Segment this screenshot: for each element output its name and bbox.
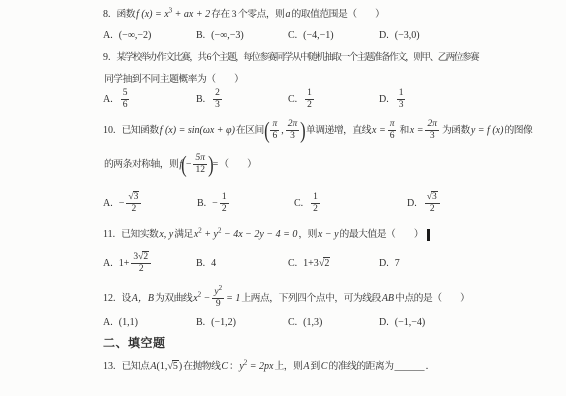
square-root: √2 [138, 251, 149, 262]
q12-eq-part: − [201, 293, 210, 304]
q11-option-d: D.7 [379, 250, 400, 278]
q11-eq-part: + y [202, 229, 218, 240]
q13-var-c2: C [321, 361, 328, 372]
option-value: (−1,2) [211, 317, 236, 328]
fraction: 56 [121, 88, 130, 111]
radicand: 3 [431, 191, 438, 202]
fraction: 23 [213, 88, 222, 111]
option-label: A. [103, 258, 113, 269]
option-label: D. [379, 30, 389, 41]
fraction-numerator: y2 [212, 287, 224, 299]
q13-var-a2: A [303, 361, 309, 372]
fraction-numerator: 1 [220, 192, 229, 204]
q13-parabola-eq: y2 = 2px [239, 361, 273, 372]
fraction: 5π12 [193, 153, 207, 176]
fraction: √32 [126, 192, 141, 215]
fraction-denominator: 2 [305, 100, 314, 111]
fraction-denominator: 3 [286, 131, 300, 142]
q10-text-3: 单调递增，直线 [306, 125, 371, 136]
q8-option-a: A.(−∞,−2) [103, 28, 151, 43]
fraction-numerator: 5 [121, 88, 130, 100]
option-label: A. [103, 94, 113, 105]
fraction-denominator: 6 [388, 131, 397, 142]
radicand: 2 [142, 251, 149, 262]
option-label: B. [196, 94, 205, 105]
fraction: 12 [220, 192, 229, 215]
q10-option-a: A.−√32 [103, 190, 143, 218]
q11-text-2: 满足 [174, 229, 193, 240]
option-label: C. [288, 317, 297, 328]
q9-option-c: C.12 [288, 87, 316, 113]
q12-option-a: A.(1,1) [103, 315, 138, 330]
q11-text-4: 的最大值是（ ） [340, 229, 424, 240]
q11-option-c: C.1+3√2 [288, 250, 330, 278]
q9-text-line2: 同学抽到不同主题概率为（ ） [104, 74, 243, 85]
q10-text-6: 的图像 [504, 125, 532, 136]
q8-stem: 8.函数f (x) = x3 + ax + 2存在 3 个零点，则a的取值范围是… [103, 7, 385, 22]
q10-text-4: 和 [399, 125, 408, 136]
fraction-numerator: 5π [193, 153, 207, 165]
fraction-numerator: 2 [213, 88, 222, 100]
q11-stem: 11.已知实数x, y满足x2 + y2 − 4x − 2y − 4 = 0，则… [103, 227, 430, 242]
square-root: √5 [167, 360, 179, 372]
fraction-denominator: 9 [212, 299, 224, 310]
option-label: A. [103, 317, 113, 328]
q10-option-c: C.12 [294, 190, 322, 218]
q11-option-a: A.1+3√22 [103, 250, 153, 278]
fraction-denominator: 2 [131, 264, 151, 275]
q12-option-c: C.(1,3) [288, 315, 322, 330]
square-root: √3 [128, 191, 139, 202]
q8-number: 8. [103, 9, 111, 20]
option-label: D. [379, 94, 389, 105]
option-label: A. [103, 198, 113, 209]
q11-option-b: B.4 [196, 250, 216, 278]
q10-text-2: 在区间 [236, 125, 264, 136]
q12-option-d: D.(−1,−4) [379, 315, 425, 330]
fraction-numerator: 2π [425, 119, 439, 131]
q11-text-3: ，则 [298, 229, 317, 240]
option-label: D. [379, 317, 389, 328]
exam-paper-page: 8.函数f (x) = x3 + ax + 2存在 3 个零点，则a的取值范围是… [0, 0, 566, 396]
fraction-numerator: √3 [126, 192, 141, 204]
fraction-numerator: 1 [311, 192, 320, 204]
q12-text-3: 上两点，下列四个点中，可为线段 [241, 293, 380, 304]
q11-vars: x, y [159, 229, 173, 240]
minus-sign: − [212, 198, 218, 209]
option-label: D. [407, 198, 417, 209]
q8-option-b: B.(−∞,−3) [196, 28, 244, 43]
fraction-denominator: 2 [425, 204, 440, 215]
q13-text-4: 到 [310, 361, 319, 372]
q12-points-ab: A，B [132, 293, 154, 304]
minus-sign: − [119, 198, 125, 209]
option-label: D. [379, 258, 389, 269]
q12-option-b: B.(−1,2) [196, 315, 236, 330]
q13-text-2: 在抛物线 [183, 361, 220, 372]
fraction: √32 [425, 192, 440, 215]
q12-eq-rhs: = 1 [226, 293, 240, 304]
option-value: (−1,−4) [395, 317, 425, 328]
fraction-denominator: 2 [311, 204, 320, 215]
fraction-denominator: 3 [213, 100, 222, 111]
q12-equation: x2 − [193, 293, 210, 304]
section2-title: 二、填空题 [103, 336, 166, 350]
square-root: √3 [427, 191, 438, 202]
q10-text-5: 为函数 [442, 125, 470, 136]
q13-var-c: C [221, 361, 228, 372]
q13-stem: 13.已知点A(1,√5)在抛物线C：y2 = 2px上，则A到C的准线的距离为… [103, 357, 436, 377]
fraction-denominator: 3 [425, 131, 439, 142]
minus-sign: − [186, 159, 192, 170]
radicand: 2 [323, 257, 330, 269]
q13-text-5: 的准线的距离为 [328, 361, 393, 372]
fraction-numerator: 3√2 [131, 252, 151, 264]
fraction: π6 [270, 119, 279, 142]
q13-point-a: A(1,√5) [150, 360, 182, 372]
option-value: (−∞,−2) [119, 30, 152, 41]
fraction: 3√22 [131, 252, 151, 275]
option-label: C. [288, 94, 297, 105]
section2-header: 二、填空题 [103, 336, 166, 351]
q8-text-2: 存在 3 个零点，则 [211, 9, 284, 20]
radicand: 3 [133, 191, 140, 202]
fraction-denominator: 6 [121, 100, 130, 111]
fraction-numerator: 2π [286, 119, 300, 131]
q9-option-a: A.56 [103, 87, 131, 113]
q9-stem-line2: 同学抽到不同主题概率为（ ） [103, 72, 244, 87]
q10-formula-fx: f (x) = sin(ωx + φ) [160, 125, 235, 136]
q9-number: 9. [103, 52, 111, 63]
q10-formula-x1: x = [372, 125, 386, 136]
q13-eq-part: = 2px [247, 361, 273, 372]
q9-text-line1: 某学校举办作文比赛，共 6 个主题，每位参赛同学从中随机抽取一个主题准备作文，则… [117, 53, 479, 63]
q10-option-b: B.−12 [197, 190, 231, 218]
fraction-numerator: 1 [397, 88, 406, 100]
q11-eq-part: − 4x − 2y − 4 = 0 [221, 229, 297, 240]
q12-text-4: 中点的是（ ） [395, 293, 469, 304]
q8-formula-part: + ax + 2 [172, 9, 210, 20]
q10-stem-line2: 的两条对称轴，则f(−5π12)=（ ） [103, 149, 257, 181]
fraction-denominator: 6 [270, 131, 279, 142]
q11-number: 11. [103, 229, 115, 240]
fraction-denominator: 2 [126, 204, 141, 215]
q13-number: 13. [103, 361, 116, 372]
option-value: (1,1) [119, 317, 138, 328]
q8-option-d: D.(−3,0) [379, 28, 420, 43]
option-label: C. [288, 258, 297, 269]
q12-text-1: 设 [122, 293, 131, 304]
option-label: A. [103, 30, 113, 41]
q10-text-1: 已知函数 [122, 125, 159, 136]
option-label: B. [196, 317, 205, 328]
option-value: (−3,0) [395, 30, 420, 41]
option-label: B. [196, 258, 205, 269]
q11-xy: x − y [318, 229, 339, 240]
option-label: C. [288, 30, 297, 41]
q13-period: ． [426, 361, 435, 372]
option-value: (−4,−1) [303, 30, 333, 41]
fraction-denominator: 12 [193, 165, 207, 176]
q9-stem-line1: 9.某学校举办作文比赛，共 6 个主题，每位参赛同学从中随机抽取一个主题准备作文… [103, 50, 479, 66]
fraction: 12 [311, 192, 320, 215]
q10-answer-blank: （ ） [219, 159, 256, 170]
q13-text-1: 已知点 [122, 361, 150, 372]
option-label: B. [197, 198, 206, 209]
q10-number: 10. [103, 125, 116, 136]
q10-formula-x2: x = [410, 125, 424, 136]
option-value: 7 [395, 258, 400, 269]
q13-text-3: 上，则 [274, 361, 302, 372]
fraction-numerator: √3 [425, 192, 440, 204]
q11-text-1: 已知实数 [121, 229, 158, 240]
text-cursor [427, 229, 430, 241]
q10-option-d: D.√32 [407, 190, 442, 218]
q8-text-3: 的取值范围是（ ） [291, 9, 384, 20]
q8-formula-part: f (x) = x [136, 9, 169, 20]
fraction: 12 [305, 88, 314, 111]
option-value: 4 [211, 258, 216, 269]
q8-formula: f (x) = x3 + ax + 2 [136, 9, 210, 20]
q13-colon: ： [229, 361, 238, 372]
q8-text-1: 函数 [117, 9, 136, 20]
fraction: 2π3 [425, 119, 439, 142]
q8-var-a: a [285, 9, 290, 20]
option-label: B. [196, 30, 205, 41]
q9-option-b: B.23 [196, 87, 224, 113]
option-value: 1+ [119, 258, 130, 269]
q13-paren: ) [179, 361, 182, 372]
fraction: π6 [388, 119, 397, 142]
q13-answer-blank: ______ [395, 361, 425, 372]
q12-text-2: 为双曲线 [155, 293, 192, 304]
interval-comma: , [281, 125, 284, 136]
q12-stem: 12.设A，B为双曲线x2 −y29= 1上两点，下列四个点中，可为线段AB中点… [103, 286, 470, 312]
fraction-denominator: 3 [397, 100, 406, 111]
option-value: (1,3) [303, 317, 322, 328]
radicand: 5 [172, 360, 179, 372]
fraction: 2π3 [286, 119, 300, 142]
fraction-numerator: π [270, 119, 279, 131]
fraction-numerator: 1 [305, 88, 314, 100]
fraction-num-exponent: 2 [219, 284, 223, 292]
q13-paren: (1, [157, 361, 168, 372]
q8-option-c: C.(−4,−1) [288, 28, 334, 43]
fraction-numerator: π [388, 119, 397, 131]
q10-text-7: 的两条对称轴，则 [104, 159, 178, 170]
square-root: √2 [319, 257, 331, 269]
q11-equation: x2 + y2 − 4x − 2y − 4 = 0 [194, 229, 298, 240]
fraction: y29 [212, 287, 224, 310]
q10-stem-line1: 10.已知函数f (x) = sin(ωx + φ)在区间(π6,2π3)单调递… [103, 116, 533, 146]
q12-segment-ab: AB [382, 293, 394, 304]
option-value: (−∞,−3) [211, 30, 244, 41]
option-value: 1+3 [303, 258, 319, 269]
fraction: 13 [397, 88, 406, 111]
fraction-denominator: 2 [220, 204, 229, 215]
option-label: C. [294, 198, 303, 209]
q10-formula-yfx: y = f (x) [471, 125, 504, 136]
radical-sign-icon: √ [128, 192, 132, 202]
q9-option-d: D.13 [379, 87, 407, 113]
q12-number: 12. [103, 293, 116, 304]
